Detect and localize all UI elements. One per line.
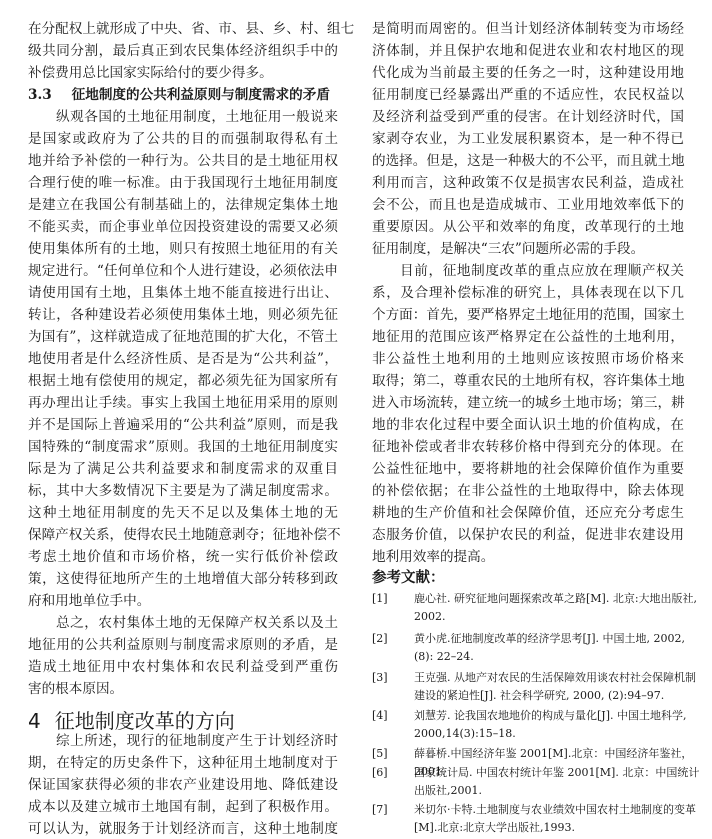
text-line: 成本以及建立城市土地国有制，起到了积极作用。 xyxy=(28,796,338,818)
text-line: 纵观各国的土地征用制度，土地征用一般说来 xyxy=(28,106,338,128)
reference-item: [3] 王克强. 从地产对农民的生活保障效用谈农村社会保障机制建设的紧迫性[J]… xyxy=(372,669,702,705)
text-line: 地的非农化过程中要全面认识土地的价值构成，在 xyxy=(372,414,684,436)
text-line: 是国家或政府为了公共的目的而强制取得私有土 xyxy=(28,128,338,150)
text-line: 是建立在我国公有制基础上的，法律规定集体土地 xyxy=(28,194,338,216)
text-line: 地征用的公共利益原则与制度需求原则的矛盾，是 xyxy=(28,634,338,656)
text-line: 家剥夺农业，为工业发展积累资本，是一种不得已 xyxy=(372,128,684,150)
text-line: 规定进行。“任何单位和个人进行建设，必须依法申 xyxy=(28,260,338,282)
text-line: 这种土地征用制度的先天不足以及集体土地的无 xyxy=(28,502,338,524)
text-line: 级共同分割，最后真正到农民集体经济组织手中的 xyxy=(28,40,338,62)
text-line: 征用制度，是解决“三农”问题所必需的手段。 xyxy=(372,238,684,260)
text-line: 系，及合理补偿标准的研究上，具体表现在以下几 xyxy=(372,282,684,304)
text-line: 目前，征地制度改革的重点应放在理顺产权关 xyxy=(372,260,684,282)
reference-tag: [2] xyxy=(372,630,408,648)
text-line: 地并给予补偿的一种行为。公共目的是土地征用权 xyxy=(28,150,338,172)
reference-item: [7] 米切尔·卡特.土地制度与农业绩效中国农村土地制度的变革[M].北京:北京… xyxy=(372,801,702,837)
text-line: 使用集体所有的土地，则只有按照土地征用的有关 xyxy=(28,238,338,260)
text-line: 在分配权上就形成了中央、省、市、县、乡、村、组七 xyxy=(28,18,338,40)
reference-text: 国家统计局. 中国农村统计年鉴 2001[M]. 北京：中国统计出版社,2001… xyxy=(414,764,702,800)
text-line: 征地补偿或者非农转移价格中得到充分的体现。在 xyxy=(372,436,684,458)
text-line: 期，在特定的历史条件下，这种征用土地制度对于 xyxy=(28,752,338,774)
text-line: 并不是国际上普遍采用的“公共利益”原则，而是我 xyxy=(28,414,338,436)
subsection-title: 征地制度的公共利益原则与制度需求的矛盾 xyxy=(72,87,330,103)
text-line: 的选择。但是，这是一种极大的不公平，而且就土地 xyxy=(372,150,684,172)
text-line: 公益性征地中，要将耕地的社会保障价值作为重要 xyxy=(372,458,684,480)
text-line: 综上所述，现行的征地制度产生于计划经济时 xyxy=(28,730,338,752)
text-line: 为国有”，这样就造成了征地范围的扩大化，不管土 xyxy=(28,326,338,348)
text-line: 保障产权关系，使得农民土地随意剥夺；征地补偿不 xyxy=(28,524,338,546)
text-line: 害的根本原因。 xyxy=(28,678,338,700)
reference-item: [4] 刘慧芳. 论我国农地地价的构成与量化[J]. 中国土地科学, 2000,… xyxy=(372,707,702,743)
reference-item: [6] 国家统计局. 中国农村统计年鉴 2001[M]. 北京：中国统计出版社,… xyxy=(372,764,702,800)
text-line: 取得；第二，尊重农民的土地所有权，容许集体土地 xyxy=(372,370,684,392)
references-heading: 参考文献： xyxy=(372,566,445,590)
text-line: 考虑土地价值和市场价格，统一实行低价补偿政 xyxy=(28,546,338,568)
reference-text: 刘慧芳. 论我国农地地价的构成与量化[J]. 中国土地科学, 2000,14(3… xyxy=(414,707,702,743)
reference-text: 鹿心社. 研究征地问题探索改革之路[M]. 北京:大地出版社, 2002. xyxy=(414,590,702,626)
reference-text: 黄小虎.征地制度改革的经济学思考[J]. 中国土地, 2002, (8): 22… xyxy=(414,630,702,666)
text-line: 代化成为当前最主要的任务之一时，这种建设用地 xyxy=(372,62,684,84)
subsection-number: 3.3 xyxy=(28,87,52,103)
text-line: 补偿费用总比国家实际给付的要少得多。 xyxy=(28,62,338,84)
text-line: 济体制，并且保护农地和促进农业和农村地区的现 xyxy=(372,40,684,62)
text-line: 地利用效率的提高。 xyxy=(372,546,684,568)
reference-tag: [6] xyxy=(372,764,408,782)
reference-item: [1] 鹿心社. 研究征地问题探索改革之路[M]. 北京:大地出版社, 2002… xyxy=(372,590,702,626)
text-line: 会不公，而且也是造成城市、工业用地效率低下的 xyxy=(372,194,684,216)
text-line: 态服务价值，以保护农民的利益，促进非农建设用 xyxy=(372,524,684,546)
text-line: 地使用者是什么经济性质、是否是为“公共利益”， xyxy=(28,348,338,370)
text-line: 耕地的生产价值和社会保障价值，还应充分考虑生 xyxy=(372,502,684,524)
text-line: 利用而言，这种政策不仅是损害农民利益，造成社 xyxy=(372,172,684,194)
text-line: 征用制度已经暴露出严重的不适应性，农民权益以 xyxy=(372,84,684,106)
text-line: 进入市场流转，建立统一的城乡土地市场；第三，耕 xyxy=(372,392,684,414)
text-line: 国特殊的“制度需求”原则。我国的土地征用制度实 xyxy=(28,436,338,458)
reference-tag: [5] xyxy=(372,745,408,763)
reference-item: [2] 黄小虎.征地制度改革的经济学思考[J]. 中国土地, 2002, (8)… xyxy=(372,630,702,666)
text-line: 的补偿依据；在非公益性的土地取得中，除去体现 xyxy=(372,480,684,502)
reference-tag: [1] xyxy=(372,590,408,608)
text-line: 可以认为，就服务于计划经济而言，这种土地制度 xyxy=(28,818,338,839)
subsection-heading: 3.3征地制度的公共利益原则与制度需求的矛盾 xyxy=(28,84,330,106)
text-line: 合理行使的唯一标准。由于我国现行土地征用制度 xyxy=(28,172,338,194)
text-line: 府和用地单位手中。 xyxy=(28,590,338,612)
reference-text: 王克强. 从地产对农民的生活保障效用谈农村社会保障机制建设的紧迫性[J]. 社会… xyxy=(414,669,702,705)
text-line: 个方面：首先，要严格界定土地征用的范围，国家土 xyxy=(372,304,684,326)
text-line: 策，这使得征地所产生的土地增值大部分转移到政 xyxy=(28,568,338,590)
text-line: 根据土地有偿使用的规定，都必须先征为国家所有 xyxy=(28,370,338,392)
text-line: 再办理出让手续。事实上我国土地征用采用的原则 xyxy=(28,392,338,414)
text-line: 非公益性土地利用的土地则应该按照市场价格来 xyxy=(372,348,684,370)
reference-text: 米切尔·卡特.土地制度与农业绩效中国农村土地制度的变革[M].北京:北京大学出版… xyxy=(414,801,702,837)
text-line: 地征用的范围应该严格界定在公益性的土地利用， xyxy=(372,326,684,348)
reference-tag: [4] xyxy=(372,707,408,725)
text-line: 造成土地征用中农村集体和农民利益受到严重伤 xyxy=(28,656,338,678)
text-line: 总之，农村集体土地的无保障产权关系以及土 xyxy=(28,612,338,634)
text-line: 重要原因。从公平和效率的角度，改革现行的土地 xyxy=(372,216,684,238)
reference-tag: [3] xyxy=(372,669,408,687)
text-line: 及经济利益受到严重的侵害。在计划经济时代，国 xyxy=(372,106,684,128)
reference-tag: [7] xyxy=(372,801,408,819)
text-line: 保证国家获得必须的非农产业建设用地、降低建设 xyxy=(28,774,338,796)
text-line: 不能买卖，而企事业单位因投资建设的需要又必须 xyxy=(28,216,338,238)
text-line: 请使用国有土地，且集体土地不能直接进行出让、 xyxy=(28,282,338,304)
text-line: 是简明而周密的。但当计划经济体制转变为市场经 xyxy=(372,18,684,40)
text-line: 际是为了满足公共利益要求和制度需求的双重目 xyxy=(28,458,338,480)
text-line: 转让，各种建设若必须使用集体土地，则必须先征 xyxy=(28,304,338,326)
text-line: 标，其中大多数情况下主要是为了满足制度需求。 xyxy=(28,480,338,502)
